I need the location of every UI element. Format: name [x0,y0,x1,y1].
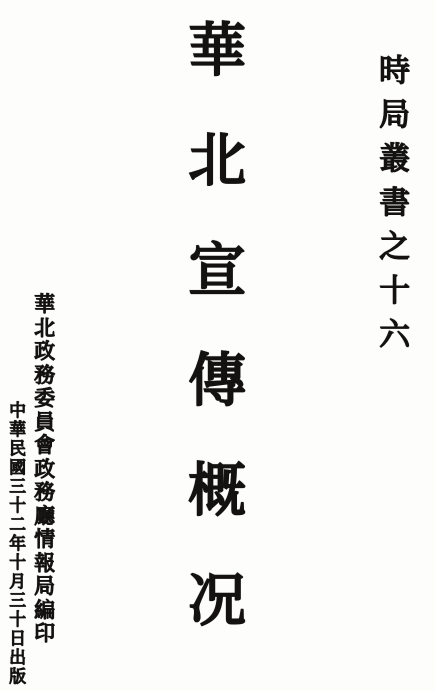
title-character: 國 [9,460,26,477]
title-character: 員 [34,411,55,432]
title-character: 六 [379,320,410,351]
title-character: 民 [9,441,26,458]
title-character: 政 [34,458,55,479]
book-cover-page: 華北宣傳概况 時局叢書之十六 華北政務委員會政務廳情報局編印 中華民國三十二年十… [0,0,435,691]
title-character: 十 [9,498,26,515]
title-character: 日 [9,631,26,648]
title-character: 局 [379,100,410,131]
title-character: 書 [379,188,410,219]
title-character: 華 [34,293,55,314]
title-character: 廳 [34,505,55,526]
title-character: 編 [34,599,55,620]
title-character: 華 [188,21,246,79]
title-character: 叢 [379,144,410,175]
title-character: 印 [34,622,55,643]
title-character: 版 [9,669,26,686]
title-character: 會 [34,434,55,455]
title-character: 概 [188,461,246,519]
title-character: 傳 [188,351,246,409]
title-character: 十 [9,555,26,572]
title-character: 三 [9,593,26,610]
title-character: 局 [34,575,55,596]
title-character: 十 [9,612,26,629]
title-character: 宣 [188,241,246,299]
publication-date: 中華民國三十二年十月三十日出版 [8,403,27,686]
title-character: 中 [9,403,26,420]
title-character: 政 [34,340,55,361]
title-character: 時 [379,56,410,87]
title-character: 十 [379,276,410,307]
series-label: 時局叢書之十六 [378,56,411,351]
title-character: 三 [9,479,26,496]
title-character: 况 [188,571,246,629]
title-character: 報 [34,552,55,573]
title-character: 之 [379,232,410,263]
title-character: 委 [34,387,55,408]
title-character: 華 [9,422,26,439]
title-character: 年 [9,536,26,553]
title-character: 務 [34,481,55,502]
title-character: 情 [34,528,55,549]
title-character: 北 [34,317,55,338]
title-character: 出 [9,650,26,667]
main-title: 華北宣傳概况 [187,21,247,629]
title-character: 北 [188,131,246,189]
title-character: 月 [9,574,26,591]
publisher-imprint: 華北政務委員會政務廳情報局編印 [33,293,56,643]
title-character: 二 [9,517,26,534]
title-character: 務 [34,364,55,385]
